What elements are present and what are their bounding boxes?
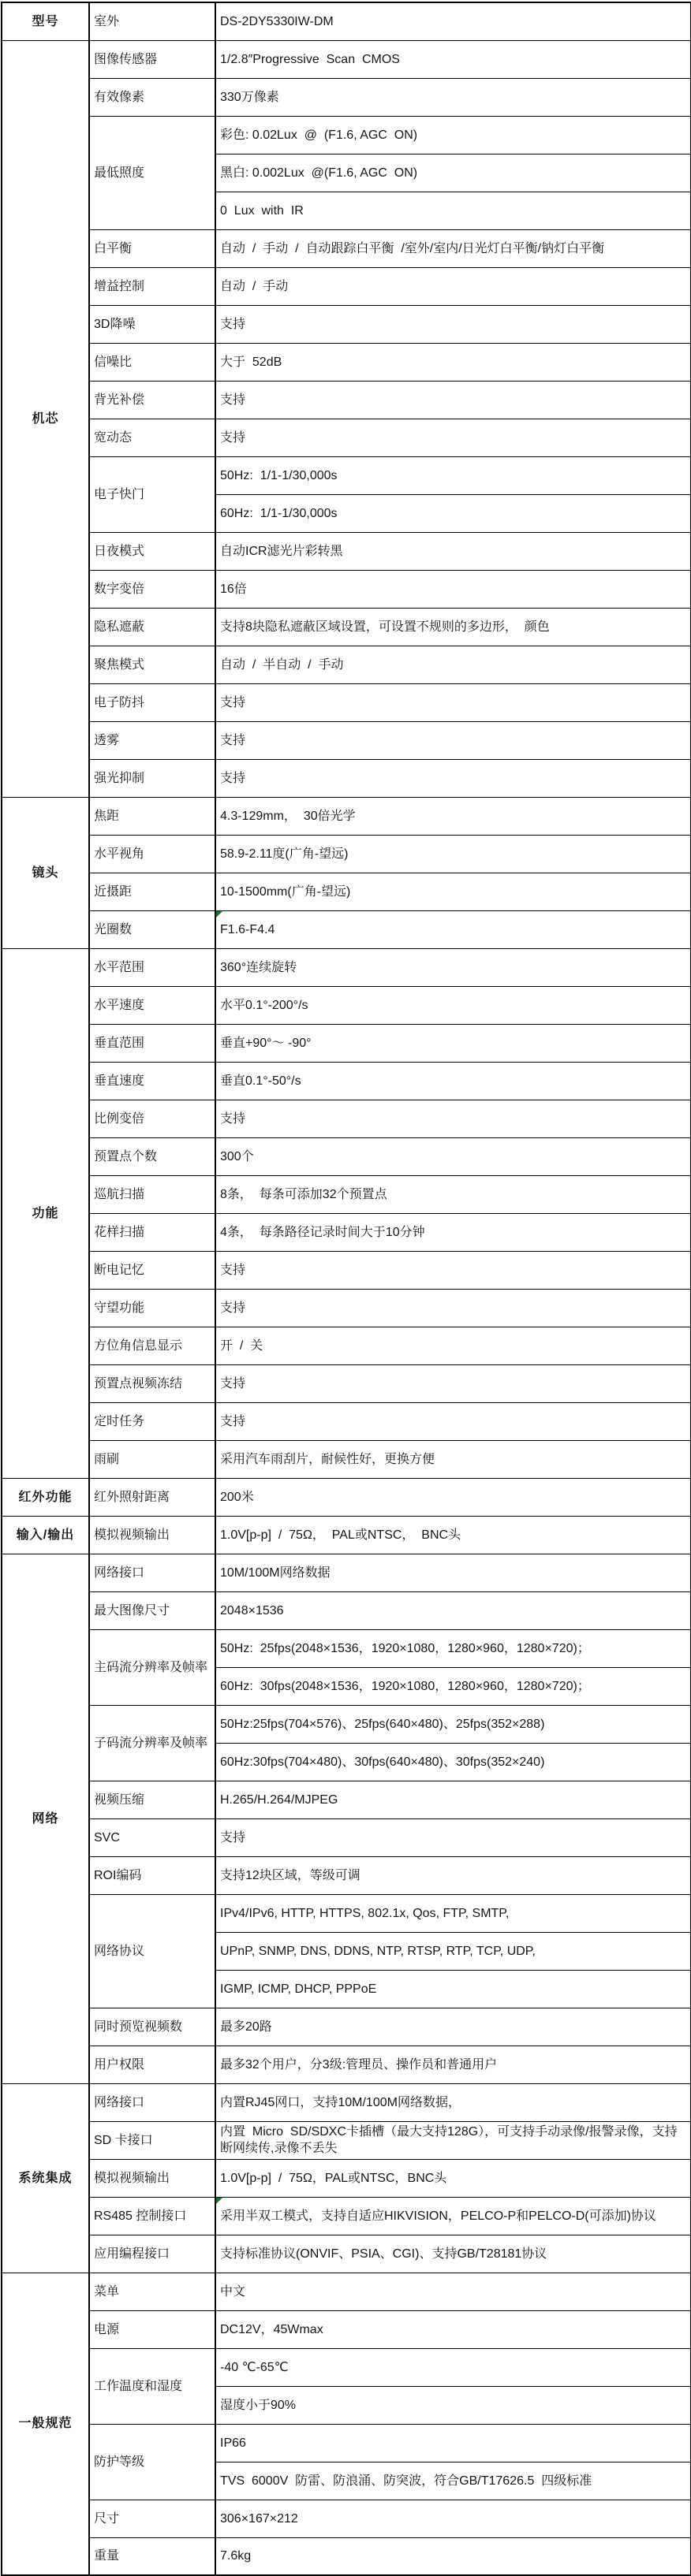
category-cell-io: 输入/输出 (2, 1516, 89, 1554)
value-text: F1.6-F4.4 (220, 923, 275, 936)
value-text: 黑白: 0.002Lux @(F1.6, AGC ON) (220, 166, 417, 180)
value-cell: 支持8块隐私遮蔽区域设置，可设置不规则的多边形， 颜色 (215, 608, 691, 646)
value-text: 7.6kg (220, 2549, 251, 2563)
category-cell-integration: 系统集成 (2, 2083, 89, 2273)
table-row: 垂直范围垂直+90°～ -90° (2, 1024, 691, 1062)
param-cell: 光圈数 (89, 910, 215, 948)
value-cell: 8条， 每条可添加32个预置点 (215, 1175, 691, 1213)
value-cell: 60Hz: 1/1-1/30,000s (215, 494, 691, 532)
value-cell: 支持 (215, 1364, 691, 1402)
value-text: 支持 (220, 1831, 245, 1845)
value-cell: 2048×1536 (215, 1591, 691, 1629)
table-row: 透雾支持 (2, 721, 691, 759)
value-cell: 采用汽车雨刮片，耐候性好，更换方便 (215, 1440, 691, 1478)
table-row: SVC支持 (2, 1818, 691, 1856)
param-cell: 定时任务 (89, 1402, 215, 1440)
category-cell-lens: 镜头 (2, 797, 89, 948)
table-row: 型号室外DS-2DY5330IW-DM (2, 2, 691, 40)
param-cell: ROI编码 (89, 1856, 215, 1894)
category-cell-network: 网络 (2, 1554, 89, 2083)
table-row: 近摄距10-1500mm(广角-望远) (2, 873, 691, 910)
param-cell: 主码流分辨率及帧率 (89, 1629, 215, 1705)
value-cell: 50Hz: 1/1-1/30,000s (215, 456, 691, 494)
value-cell: 200米 (215, 1478, 691, 1516)
value-cell: 支持 (215, 683, 691, 721)
param-cell: 断电记忆 (89, 1251, 215, 1289)
category-cell-core: 机芯 (2, 40, 89, 797)
value-text: 8条， 每条可添加32个预置点 (220, 1188, 387, 1201)
table-row: ROI编码支持12块区域，等级可调 (2, 1856, 691, 1894)
value-cell: 60Hz:30fps(704×480)、30fps(640×480)、30fps… (215, 1743, 691, 1781)
table-row: 工作温度和湿度-40 ℃-65℃ (2, 2348, 691, 2386)
table-row: 巡航扫描8条， 每条可添加32个预置点 (2, 1175, 691, 1213)
category-cell-infrared: 红外功能 (2, 1478, 89, 1516)
value-text: 50Hz: 25fps(2048×1536，1920×1080，1280×960… (220, 1642, 590, 1655)
value-text: 支持 (220, 318, 245, 331)
param-cell: 聚焦模式 (89, 646, 215, 683)
value-cell: UPnP, SNMP, DNS, DDNS, NTP, RTSP, RTP, T… (215, 1932, 691, 1970)
value-cell: -40 ℃-65℃ (215, 2348, 691, 2386)
param-cell: 电子快门 (89, 456, 215, 532)
spec-table-body: 型号室外DS-2DY5330IW-DM机芯图像传感器1/2.8″Progress… (2, 2, 691, 2575)
value-text: 自动 / 手动 / 自动跟踪白平衡 /室外/室内/日光灯白平衡/钠灯白平衡 (220, 242, 604, 255)
param-cell: 红外照射距离 (89, 1478, 215, 1516)
param-cell: 焦距 (89, 797, 215, 835)
table-row: 电源DC12V，45Wmax (2, 2310, 691, 2348)
value-cell: 300个 (215, 1137, 691, 1175)
param-cell: 有效像素 (89, 78, 215, 116)
table-row: 机芯图像传感器1/2.8″Progressive Scan CMOS (2, 40, 691, 78)
value-text: 支持 (220, 1264, 245, 1277)
category-cell-model: 型号 (2, 2, 89, 40)
table-row: 系统集成网络接口内置RJ45网口，支持10M/100M网络数据， (2, 2083, 691, 2121)
param-cell: 用户权限 (89, 2046, 215, 2083)
param-cell: 数字变倍 (89, 570, 215, 608)
value-cell: F1.6-F4.4 (215, 910, 691, 948)
param-cell: 预置点个数 (89, 1137, 215, 1175)
value-text: 58.9-2.11度(广角-望远) (220, 847, 348, 861)
table-row: 数字变倍16倍 (2, 570, 691, 608)
value-cell: 50Hz:25fps(704×576)、25fps(640×480)、25fps… (215, 1705, 691, 1743)
value-cell: 1/2.8″Progressive Scan CMOS (215, 40, 691, 78)
value-text: 0 Lux with IR (220, 204, 304, 218)
table-row: 重量7.6kg (2, 2537, 691, 2575)
value-text: 采用半双工模式，支持自适应HIKVISION，PELCO-P和PELCO-D(可… (220, 2209, 656, 2223)
table-row: 子码流分辨率及帧率50Hz:25fps(704×576)、25fps(640×4… (2, 1705, 691, 1743)
value-text: 306×167×212 (220, 2512, 298, 2526)
value-text: 1/2.8″Progressive Scan CMOS (220, 53, 400, 66)
param-cell: 室外 (89, 2, 215, 40)
param-cell: 花样扫描 (89, 1213, 215, 1251)
param-cell: 白平衡 (89, 229, 215, 267)
value-text: 支持 (220, 431, 245, 445)
param-cell: 方位角信息显示 (89, 1327, 215, 1364)
value-text: 2048×1536 (220, 1604, 284, 1617)
value-text: 16倍 (220, 583, 247, 596)
table-row: 雨刷采用汽车雨刮片，耐候性好，更换方便 (2, 1440, 691, 1478)
value-text: 支持 (220, 1301, 245, 1315)
value-cell: 支持标准协议(ONVIF、PSIA、CGI)、支持GB/T28181协议 (215, 2235, 691, 2273)
table-row: SD 卡接口内置 Micro SD/SDXC卡插槽（最大支持128G），可支持手… (2, 2121, 691, 2159)
value-text: 中文 (220, 2285, 245, 2299)
param-cell: 守望功能 (89, 1289, 215, 1327)
param-cell: 雨刷 (89, 1440, 215, 1478)
value-cell: 支持 (215, 381, 691, 419)
value-text: -40 ℃-65℃ (220, 2361, 289, 2374)
value-cell: 16倍 (215, 570, 691, 608)
param-cell: 增益控制 (89, 267, 215, 305)
param-cell: SVC (89, 1818, 215, 1856)
table-row: 有效像素330万像素 (2, 78, 691, 116)
value-text: 60Hz:30fps(704×480)、30fps(640×480)、30fps… (220, 1755, 544, 1769)
value-text: 1.0V[p-p] / 75Ω，PAL或NTSC，BNC头 (220, 2172, 446, 2185)
param-cell: 网络接口 (89, 2083, 215, 2121)
value-cell: 垂直0.1°-50°/s (215, 1062, 691, 1100)
table-row: 网络网络接口10M/100M网络数据 (2, 1554, 691, 1591)
value-text: H.265/H.264/MJPEG (220, 1793, 338, 1807)
value-text: 支持 (220, 734, 245, 747)
value-cell: 10M/100M网络数据 (215, 1554, 691, 1591)
table-row: 断电记忆支持 (2, 1251, 691, 1289)
table-row: 主码流分辨率及帧率50Hz: 25fps(2048×1536，1920×1080… (2, 1629, 691, 1667)
table-row: 预置点个数300个 (2, 1137, 691, 1175)
value-cell: 自动 / 手动 / 自动跟踪白平衡 /室外/室内/日光灯白平衡/钠灯白平衡 (215, 229, 691, 267)
comment-marker-icon (216, 911, 222, 918)
value-cell: 50Hz: 25fps(2048×1536，1920×1080，1280×960… (215, 1629, 691, 1667)
param-cell: 防护等级 (89, 2424, 215, 2500)
table-row: 最大图像尺寸2048×1536 (2, 1591, 691, 1629)
param-cell: 水平速度 (89, 986, 215, 1024)
value-text: 支持 (220, 772, 245, 785)
value-text: 60Hz: 1/1-1/30,000s (220, 507, 338, 520)
value-cell: 采用半双工模式，支持自适应HIKVISION，PELCO-P和PELCO-D(可… (215, 2197, 691, 2235)
value-text: 采用汽车雨刮片，耐候性好，更换方便 (220, 1453, 435, 1466)
value-text: TVS 6000V 防雷、防浪涌、防突波，符合GB/T17626.5 四级标准 (220, 2474, 592, 2488)
value-cell: H.265/H.264/MJPEG (215, 1781, 691, 1818)
value-cell: 支持 (215, 721, 691, 759)
table-row: RS485 控制接口采用半双工模式，支持自适应HIKVISION，PELCO-P… (2, 2197, 691, 2235)
value-cell: 支持 (215, 1818, 691, 1856)
value-cell: 60Hz: 30fps(2048×1536，1920×1080，1280×960… (215, 1667, 691, 1705)
value-cell: 360°连续旋转 (215, 948, 691, 986)
value-cell: 彩色: 0.02Lux @ (F1.6, AGC ON) (215, 116, 691, 154)
value-cell: 4条， 每条路径记录时间大于10分钟 (215, 1213, 691, 1251)
value-text: 支持 (220, 1415, 245, 1428)
value-cell: 0 Lux with IR (215, 192, 691, 229)
value-text: DC12V，45Wmax (220, 2323, 323, 2336)
value-text: 自动 / 手动 (220, 280, 288, 293)
table-row: 用户权限最多32个用户，分3级:管理员、操作员和普通用户 (2, 2046, 691, 2083)
value-cell: 开 / 关 (215, 1327, 691, 1364)
table-row: 水平速度水平0.1°-200°/s (2, 986, 691, 1024)
value-cell: DS-2DY5330IW-DM (215, 2, 691, 40)
value-cell: 大于 52dB (215, 343, 691, 381)
table-row: 输入/输出模拟视频输出1.0V[p-p] / 75Ω， PAL或NTSC， BN… (2, 1516, 691, 1554)
value-text: 支持 (220, 1112, 245, 1126)
value-cell: 1.0V[p-p] / 75Ω， PAL或NTSC， BNC头 (215, 1516, 691, 1554)
value-text: 最多20路 (220, 2020, 272, 2034)
value-cell: 中文 (215, 2273, 691, 2310)
table-row: 聚焦模式自动 / 半自动 / 手动 (2, 646, 691, 683)
param-cell: 视频压缩 (89, 1781, 215, 1818)
param-cell: 3D降噪 (89, 305, 215, 343)
table-row: 白平衡自动 / 手动 / 自动跟踪白平衡 /室外/室内/日光灯白平衡/钠灯白平衡 (2, 229, 691, 267)
value-text: 自动ICR滤光片彩转黑 (220, 545, 343, 558)
value-cell: 1.0V[p-p] / 75Ω，PAL或NTSC，BNC头 (215, 2159, 691, 2197)
value-cell: TVS 6000V 防雷、防浪涌、防突波，符合GB/T17626.5 四级标准 (215, 2462, 691, 2500)
value-text: IP66 (220, 2436, 246, 2450)
table-row: 花样扫描4条， 每条路径记录时间大于10分钟 (2, 1213, 691, 1251)
value-text: 4条， 每条路径记录时间大于10分钟 (220, 1226, 425, 1239)
value-cell: IGMP, ICMP, DHCP, PPPoE (215, 1970, 691, 2008)
value-text: 大于 52dB (220, 356, 282, 369)
param-cell: 垂直速度 (89, 1062, 215, 1100)
value-text: 10M/100M网络数据 (220, 1566, 331, 1580)
value-cell: 306×167×212 (215, 2500, 691, 2537)
param-cell: 菜单 (89, 2273, 215, 2310)
spec-table: 型号室外DS-2DY5330IW-DM机芯图像传感器1/2.8″Progress… (1, 2, 691, 2576)
value-text: 50Hz:25fps(704×576)、25fps(640×480)、25fps… (220, 1718, 544, 1731)
param-cell: 最低照度 (89, 116, 215, 229)
param-cell: SD 卡接口 (89, 2121, 215, 2159)
param-cell: 近摄距 (89, 873, 215, 910)
value-cell: 7.6kg (215, 2537, 691, 2575)
value-text: 1.0V[p-p] / 75Ω， PAL或NTSC， BNC头 (220, 1528, 461, 1542)
table-row: 增益控制自动 / 手动 (2, 267, 691, 305)
category-cell-general: 一般规范 (2, 2273, 89, 2575)
value-cell: 支持12块区域，等级可调 (215, 1856, 691, 1894)
param-cell: 电源 (89, 2310, 215, 2348)
table-row: 最低照度彩色: 0.02Lux @ (F1.6, AGC ON) (2, 116, 691, 154)
param-cell: 巡航扫描 (89, 1175, 215, 1213)
value-cell: IPv4/IPv6, HTTP, HTTPS, 802.1x, Qos, FTP… (215, 1894, 691, 1932)
value-text: 支持8块隐私遮蔽区域设置，可设置不规则的多边形， 颜色 (220, 620, 550, 634)
value-cell: 内置RJ45网口，支持10M/100M网络数据， (215, 2083, 691, 2121)
value-cell: 4.3-129mm， 30倍光学 (215, 797, 691, 835)
table-row: 强光抑制支持 (2, 759, 691, 797)
value-cell: 内置 Micro SD/SDXC卡插槽（最大支持128G），可支持手动录像/报警… (215, 2121, 691, 2159)
table-row: 电子快门50Hz: 1/1-1/30,000s (2, 456, 691, 494)
param-cell: 水平范围 (89, 948, 215, 986)
table-row: 水平视角58.9-2.11度(广角-望远) (2, 835, 691, 873)
table-row: 电子防抖支持 (2, 683, 691, 721)
value-cell: 湿度小于90% (215, 2386, 691, 2424)
value-cell: 支持 (215, 1100, 691, 1137)
value-text: 自动 / 半自动 / 手动 (220, 658, 343, 672)
param-cell: 网络协议 (89, 1894, 215, 2008)
value-text: 10-1500mm(广角-望远) (220, 885, 350, 899)
param-cell: 尺寸 (89, 2500, 215, 2537)
table-row: 背光补偿支持 (2, 381, 691, 419)
param-cell: 模拟视频输出 (89, 2159, 215, 2197)
value-text: 50Hz: 1/1-1/30,000s (220, 469, 338, 482)
param-cell: 重量 (89, 2537, 215, 2575)
value-text: 湿度小于90% (220, 2399, 296, 2412)
value-text: 支持标准协议(ONVIF、PSIA、CGI)、支持GB/T28181协议 (220, 2247, 547, 2261)
param-cell: 预置点视频冻结 (89, 1364, 215, 1402)
table-row: 光圈数F1.6-F4.4 (2, 910, 691, 948)
param-cell: 比例变倍 (89, 1100, 215, 1137)
table-row: 功能水平范围360°连续旋转 (2, 948, 691, 986)
param-cell: 模拟视频输出 (89, 1516, 215, 1554)
value-text: 4.3-129mm， 30倍光学 (220, 810, 356, 823)
value-cell: 最多20路 (215, 2008, 691, 2046)
table-row: 网络协议IPv4/IPv6, HTTP, HTTPS, 802.1x, Qos,… (2, 1894, 691, 1932)
value-text: UPnP, SNMP, DNS, DDNS, NTP, RTSP, RTP, T… (220, 1945, 536, 1958)
value-cell: 支持 (215, 1402, 691, 1440)
table-row: 模拟视频输出1.0V[p-p] / 75Ω，PAL或NTSC，BNC头 (2, 2159, 691, 2197)
param-cell: 透雾 (89, 721, 215, 759)
param-cell: 强光抑制 (89, 759, 215, 797)
value-text: 水平0.1°-200°/s (220, 999, 308, 1012)
param-cell: 应用编程接口 (89, 2235, 215, 2273)
table-row: 视频压缩H.265/H.264/MJPEG (2, 1781, 691, 1818)
param-cell: 电子防抖 (89, 683, 215, 721)
comment-marker-icon (216, 2198, 222, 2204)
value-text: 垂直+90°～ -90° (220, 1037, 312, 1050)
table-row: 尺寸306×167×212 (2, 2500, 691, 2537)
value-cell: 支持 (215, 1251, 691, 1289)
value-cell: 黑白: 0.002Lux @(F1.6, AGC ON) (215, 154, 691, 192)
value-text: DS-2DY5330IW-DM (220, 15, 334, 28)
value-cell: 支持 (215, 1289, 691, 1327)
value-cell: 支持 (215, 759, 691, 797)
value-cell: 水平0.1°-200°/s (215, 986, 691, 1024)
param-cell: 最大图像尺寸 (89, 1591, 215, 1629)
table-row: 同时预览视频数最多20路 (2, 2008, 691, 2046)
value-text: 360°连续旋转 (220, 961, 297, 974)
table-row: 守望功能支持 (2, 1289, 691, 1327)
table-row: 镜头焦距4.3-129mm， 30倍光学 (2, 797, 691, 835)
value-cell: IP66 (215, 2424, 691, 2462)
value-text: 60Hz: 30fps(2048×1536，1920×1080，1280×960… (220, 1680, 590, 1693)
value-cell: 支持 (215, 305, 691, 343)
param-cell: 日夜模式 (89, 532, 215, 570)
table-row: 隐私遮蔽支持8块隐私遮蔽区域设置，可设置不规则的多边形， 颜色 (2, 608, 691, 646)
value-cell: 58.9-2.11度(广角-望远) (215, 835, 691, 873)
table-row: 方位角信息显示开 / 关 (2, 1327, 691, 1364)
value-cell: 垂直+90°～ -90° (215, 1024, 691, 1062)
param-cell: 网络接口 (89, 1554, 215, 1591)
value-text: IPv4/IPv6, HTTP, HTTPS, 802.1x, Qos, FTP… (220, 1907, 509, 1920)
value-cell: DC12V，45Wmax (215, 2310, 691, 2348)
value-cell: 自动ICR滤光片彩转黑 (215, 532, 691, 570)
table-row: 宽动态支持 (2, 419, 691, 456)
value-text: 最多32个用户，分3级:管理员、操作员和普通用户 (220, 2058, 497, 2072)
param-cell: RS485 控制接口 (89, 2197, 215, 2235)
table-row: 3D降噪支持 (2, 305, 691, 343)
value-cell: 330万像素 (215, 78, 691, 116)
table-row: 信噪比大于 52dB (2, 343, 691, 381)
table-row: 日夜模式自动ICR滤光片彩转黑 (2, 532, 691, 570)
param-cell: 子码流分辨率及帧率 (89, 1705, 215, 1781)
param-cell: 水平视角 (89, 835, 215, 873)
value-cell: 支持 (215, 419, 691, 456)
param-cell: 宽动态 (89, 419, 215, 456)
category-cell-function: 功能 (2, 948, 89, 1478)
value-text: 垂直0.1°-50°/s (220, 1074, 301, 1088)
table-row: 垂直速度垂直0.1°-50°/s (2, 1062, 691, 1100)
param-cell: 信噪比 (89, 343, 215, 381)
table-row: 预置点视频冻结支持 (2, 1364, 691, 1402)
value-text: 支持 (220, 1377, 245, 1390)
value-text: 内置 Micro SD/SDXC卡插槽（最大支持128G），可支持手动录像/报警… (220, 2125, 678, 2155)
value-text: 300个 (220, 1150, 254, 1163)
table-row: 红外功能红外照射距离200米 (2, 1478, 691, 1516)
table-row: 一般规范菜单中文 (2, 2273, 691, 2310)
table-row: 比例变倍支持 (2, 1100, 691, 1137)
value-text: 支持12块区域，等级可调 (220, 1869, 360, 1882)
param-cell: 同时预览视频数 (89, 2008, 215, 2046)
spec-sheet-page: 型号室外DS-2DY5330IW-DM机芯图像传感器1/2.8″Progress… (0, 0, 691, 2574)
table-row: 应用编程接口支持标准协议(ONVIF、PSIA、CGI)、支持GB/T28181… (2, 2235, 691, 2273)
value-text: 支持 (220, 393, 245, 407)
param-cell: 垂直范围 (89, 1024, 215, 1062)
value-cell: 10-1500mm(广角-望远) (215, 873, 691, 910)
value-text: 彩色: 0.02Lux @ (F1.6, AGC ON) (220, 128, 417, 142)
table-row: 防护等级IP66 (2, 2424, 691, 2462)
value-cell: 自动 / 手动 (215, 267, 691, 305)
param-cell: 图像传感器 (89, 40, 215, 78)
value-text: 开 / 关 (220, 1339, 263, 1353)
value-text: 支持 (220, 696, 245, 709)
param-cell: 隐私遮蔽 (89, 608, 215, 646)
value-text: IGMP, ICMP, DHCP, PPPoE (220, 1982, 376, 1996)
value-text: 330万像素 (220, 91, 279, 104)
table-row: 定时任务支持 (2, 1402, 691, 1440)
value-text: 内置RJ45网口，支持10M/100M网络数据， (220, 2096, 461, 2109)
value-text: 200米 (220, 1491, 254, 1504)
value-cell: 自动 / 半自动 / 手动 (215, 646, 691, 683)
param-cell: 工作温度和湿度 (89, 2348, 215, 2424)
param-cell: 背光补偿 (89, 381, 215, 419)
value-cell: 最多32个用户，分3级:管理员、操作员和普通用户 (215, 2046, 691, 2083)
